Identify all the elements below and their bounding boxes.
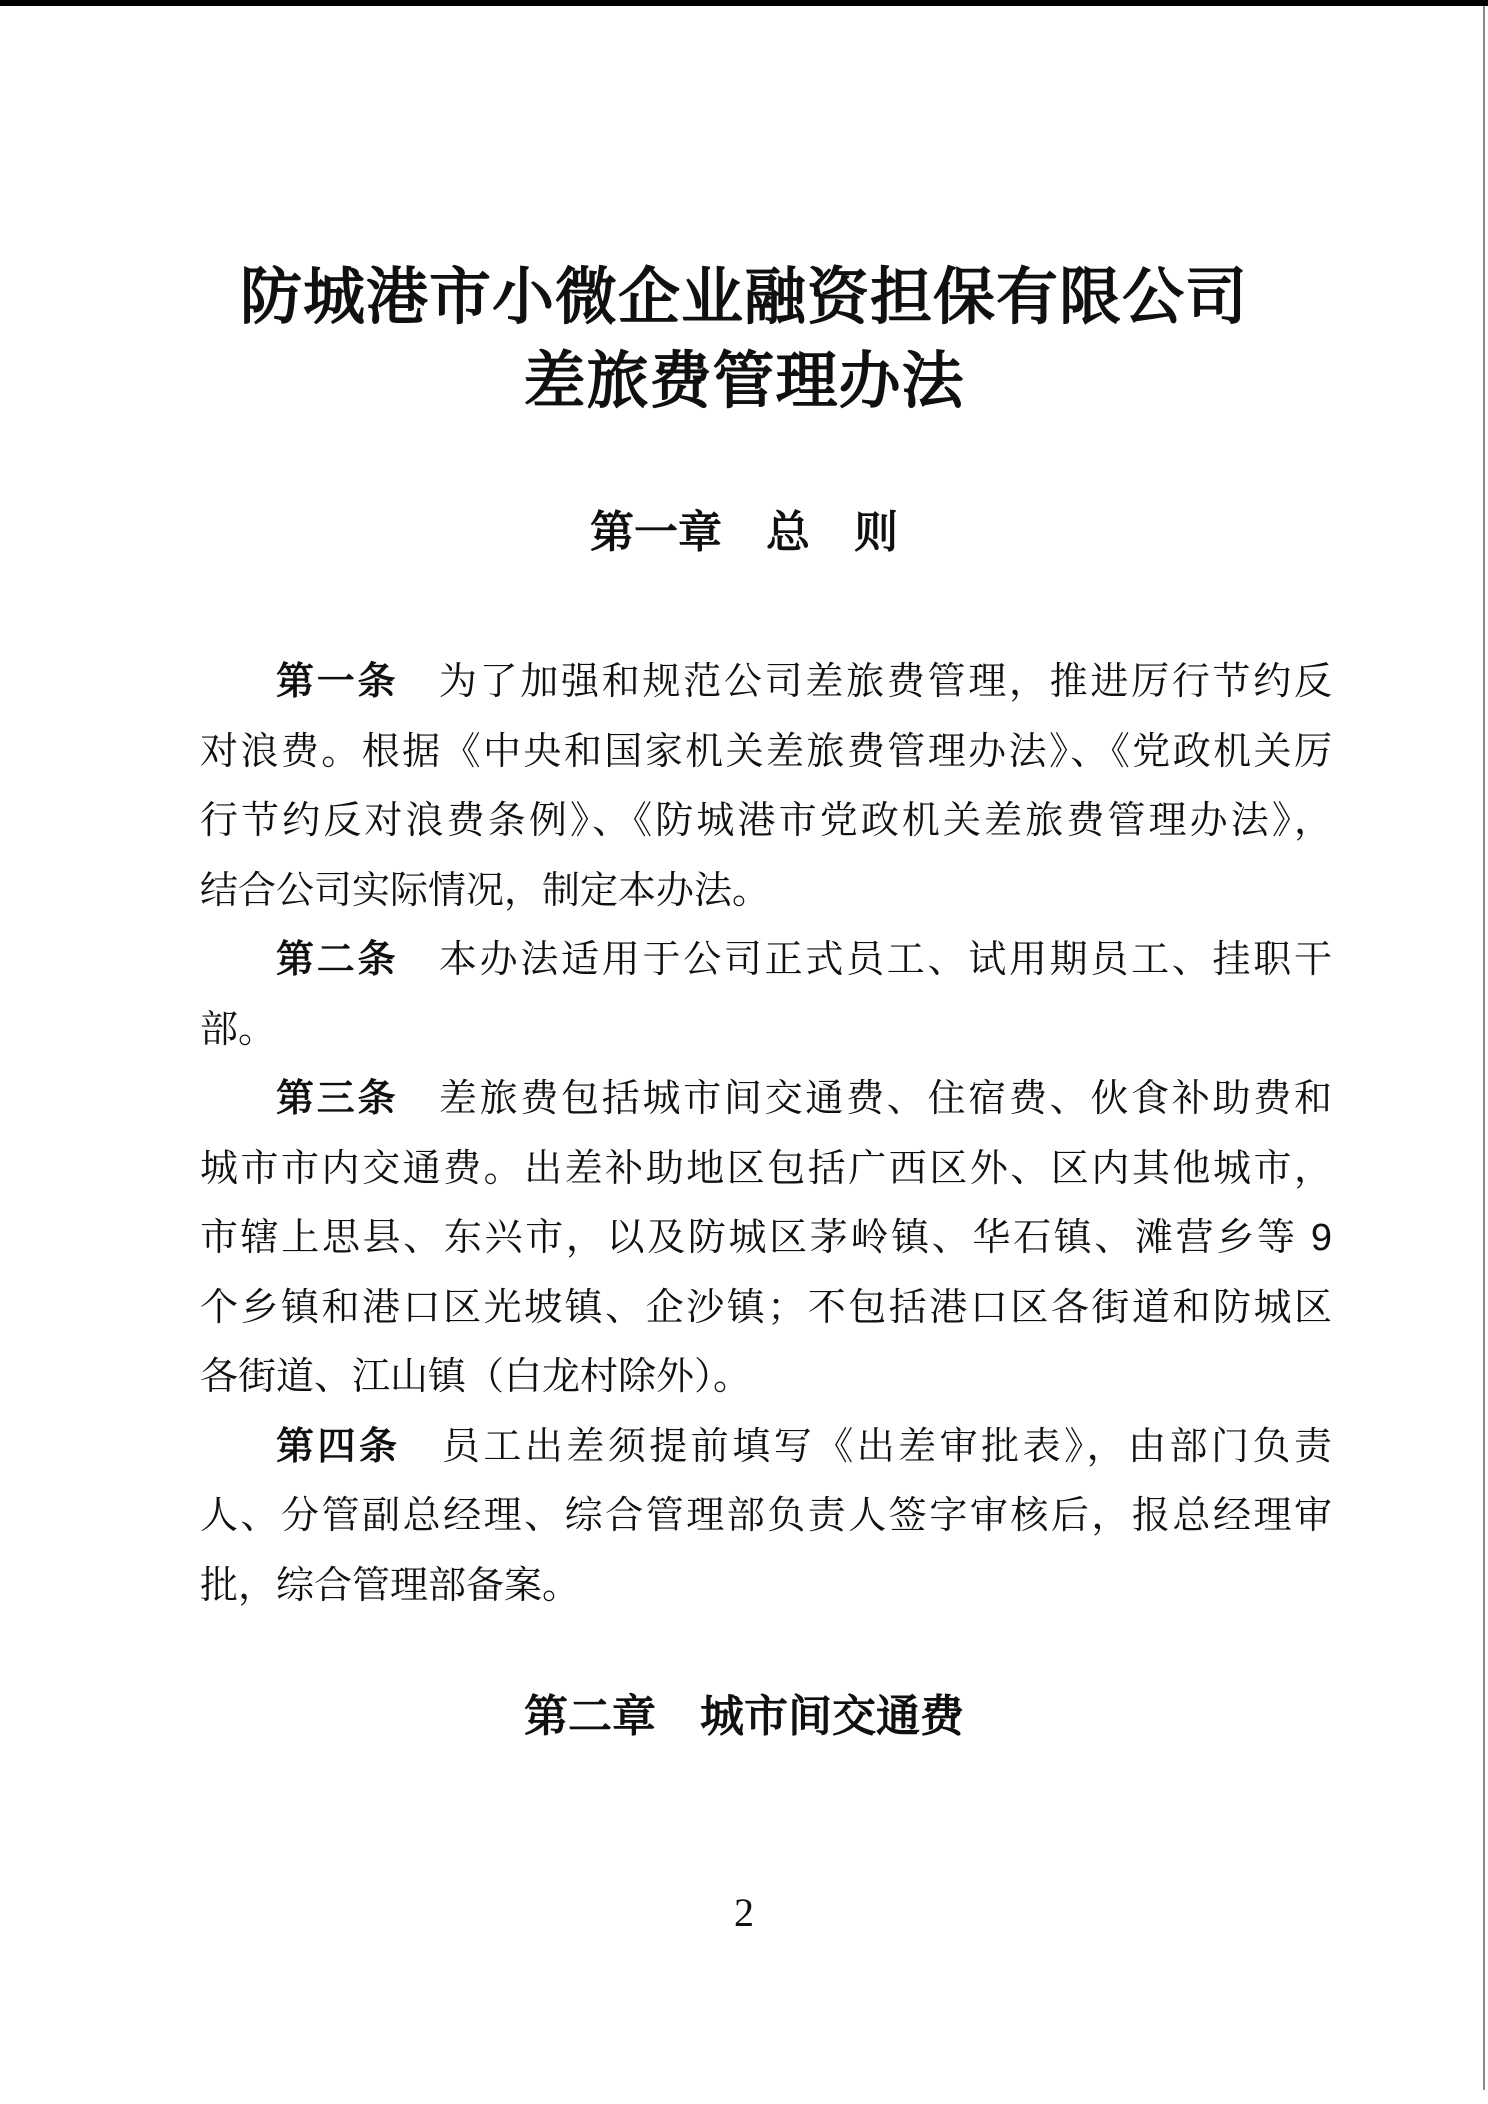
- body-line: 部。: [200, 996, 1332, 1066]
- article-label: 第二条: [276, 939, 398, 981]
- body-line: 结合公司实际情况，制定本办法。: [200, 857, 1332, 927]
- body-line: 城市市内交通费。出差补助地区包括广西区外、区内其他城市，: [200, 1135, 1332, 1205]
- body-line: 批，综合管理部备案。: [200, 1552, 1332, 1622]
- scanned-document-page: 防城港市小微企业融资担保有限公司 差旅费管理办法 第一章 总 则 第一条 为了加…: [0, 0, 1488, 2104]
- body-line: 第三条 差旅费包括城市间交通费、住宿费、伙食补助费和: [200, 1065, 1332, 1135]
- body-line-text: 市辖上思县、东兴市，以及防城区茅岭镇、华石镇、滩营乡等 9: [200, 1217, 1332, 1259]
- document-title-line2: 差旅费管理办法: [0, 340, 1488, 424]
- body-line-text: 城市市内交通费。出差补助地区包括广西区外、区内其他城市，: [200, 1148, 1332, 1190]
- body-line: 第二条 本办法适用于公司正式员工、试用期员工、挂职干: [200, 926, 1332, 996]
- body-line: 第四条 员工出差须提前填写《出差审批表》，由部门负责: [200, 1413, 1332, 1483]
- body-line: 各街道、江山镇（白龙村除外）。: [200, 1343, 1332, 1413]
- chapter2-heading: 第二章 城市间交通费: [0, 1692, 1488, 1742]
- body-line: 第一条 为了加强和规范公司差旅费管理，推进厉行节约反: [200, 648, 1332, 718]
- article-label: 第三条: [276, 1078, 398, 1120]
- body-line-text: 差旅费包括城市间交通费、住宿费、伙食补助费和: [398, 1078, 1332, 1120]
- body-line-text: 人、分管副总经理、综合管理部负责人签字审核后，报总经理审: [200, 1495, 1332, 1537]
- body-line-text: 本办法适用于公司正式员工、试用期员工、挂职干: [398, 939, 1332, 981]
- body-line: 行节约反对浪费条例》、《防城港市党政机关差旅费管理办法》，: [200, 787, 1332, 857]
- article-label: 第四条: [276, 1426, 400, 1468]
- body-line-text: 批，综合管理部备案。: [200, 1565, 580, 1607]
- body-line-text: 行节约反对浪费条例》、《防城港市党政机关差旅费管理办法》，: [200, 800, 1332, 842]
- body-line-text: 员工出差须提前填写《出差审批表》，由部门负责: [400, 1426, 1332, 1468]
- chapter1-heading: 第一章 总 则: [0, 508, 1488, 558]
- body-line-text: 结合公司实际情况，制定本办法。: [200, 870, 770, 912]
- document-title: 防城港市小微企业融资担保有限公司 差旅费管理办法: [0, 256, 1488, 424]
- body-line-text: 各街道、江山镇（白龙村除外）。: [200, 1356, 751, 1398]
- body-line-text: 对浪费。根据《中央和国家机关差旅费管理办法》、《党政机关厉: [200, 731, 1332, 773]
- body-line-text: 为了加强和规范公司差旅费管理，推进厉行节约反: [398, 661, 1332, 703]
- body-line: 人、分管副总经理、综合管理部负责人签字审核后，报总经理审: [200, 1482, 1332, 1552]
- article-label: 第一条: [276, 661, 398, 703]
- scan-top-edge-artifact: [0, 0, 1488, 6]
- document-title-line1: 防城港市小微企业融资担保有限公司: [0, 256, 1488, 340]
- page-number: 2: [0, 1888, 1488, 1938]
- body-line: 市辖上思县、东兴市，以及防城区茅岭镇、华石镇、滩营乡等 9: [200, 1204, 1332, 1274]
- body-line: 个乡镇和港口区光坡镇、企沙镇；不包括港口区各街道和防城区: [200, 1274, 1332, 1344]
- body-line-text: 个乡镇和港口区光坡镇、企沙镇；不包括港口区各街道和防城区: [200, 1287, 1332, 1329]
- body-line-text: 部。: [200, 1009, 276, 1051]
- body-line: 对浪费。根据《中央和国家机关差旅费管理办法》、《党政机关厉: [200, 718, 1332, 788]
- document-body: 第一条 为了加强和规范公司差旅费管理，推进厉行节约反对浪费。根据《中央和国家机关…: [200, 648, 1332, 1621]
